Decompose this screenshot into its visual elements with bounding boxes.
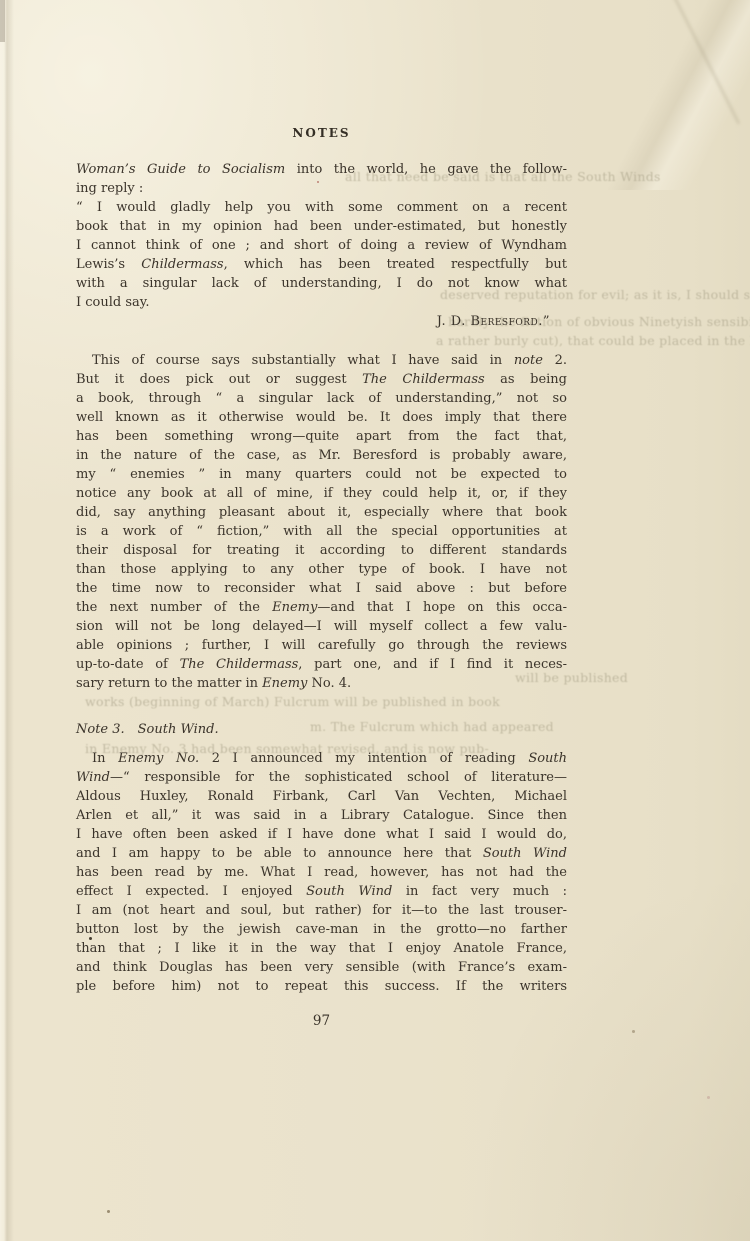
text-line: I have often been asked if I have done w… bbox=[76, 825, 567, 844]
text-line: effect I expected. I enjoyed South Wind … bbox=[76, 882, 567, 901]
text-segment: book that in my opinion had been under-e… bbox=[76, 219, 567, 234]
text-segment: into the world, he gave the follow- bbox=[285, 162, 567, 177]
ink-speck bbox=[89, 937, 92, 940]
text-segment: I am (not heart and soul, but rather) fo… bbox=[76, 903, 567, 918]
ink-speck bbox=[107, 1210, 110, 1213]
text-line: and I am happy to be able to announce he… bbox=[76, 844, 567, 863]
text-segment: ple before him) not to repeat this succe… bbox=[76, 979, 567, 994]
book-page: NOTES all that need be said is that all … bbox=[0, 0, 750, 1241]
text-line: Lewis’s Childermass, which has been trea… bbox=[76, 255, 567, 274]
text-line: Aldous Huxley, Ronald Firbank, Carl Van … bbox=[76, 787, 567, 806]
text-segment: Enemy bbox=[262, 676, 307, 691]
text-line: with a singular lack of understanding, I… bbox=[76, 274, 567, 293]
text-segment: South Wind bbox=[306, 884, 392, 899]
text-segment: , which has been treated respectfully bu… bbox=[224, 257, 567, 272]
text-segment: 2. bbox=[543, 353, 567, 368]
text-segment: the time now to reconsider what I said a… bbox=[76, 581, 567, 596]
text-segment: notice any book at all of mine, if they … bbox=[76, 486, 567, 501]
text-line: ple before him) not to repeat this succe… bbox=[76, 977, 567, 996]
text-line: I could say. bbox=[76, 293, 567, 312]
text-line: has been something wrong—quite apart fro… bbox=[76, 427, 567, 446]
text-line: I am (not heart and soul, but rather) fo… bbox=[76, 901, 567, 920]
text-segment: 2 I announced my intention of reading bbox=[199, 751, 528, 766]
text-line: book that in my opinion had been under-e… bbox=[76, 217, 567, 236]
text-line: Wind—“ responsible for the sophisticated… bbox=[76, 768, 567, 787]
text-segment: South Wind. bbox=[138, 722, 219, 737]
text-segment: No. 4. bbox=[307, 676, 351, 691]
text-line: has been read by me. What I read, howeve… bbox=[76, 863, 567, 882]
text-line: Note 3. South Wind. bbox=[76, 720, 567, 739]
note-3-heading: Note 3. South Wind. bbox=[76, 720, 567, 739]
text-line: Woman’s Guide to Socialism into the worl… bbox=[76, 160, 567, 179]
text-line: button lost by the jewish cave-man in th… bbox=[76, 920, 567, 939]
text-segment: did, say anything pleasant about it, esp… bbox=[76, 505, 567, 520]
text-line: ing reply : bbox=[76, 179, 567, 198]
text-segment: J. D. Beresford.” bbox=[437, 314, 550, 329]
text-segment: and think Douglas has been very sensible… bbox=[76, 960, 567, 975]
text-segment: well known as it otherwise would be. It … bbox=[76, 410, 567, 425]
text-segment: in fact very much : bbox=[392, 884, 567, 899]
text-segment: sion will not be long delayed—I will mys… bbox=[76, 619, 567, 634]
text-segment: Enemy bbox=[272, 600, 317, 615]
text-line: the next number of the Enemy—and that I … bbox=[76, 598, 567, 617]
text-segment: has been read by me. What I read, howeve… bbox=[76, 865, 567, 880]
text-line: sary return to the matter in Enemy No. 4… bbox=[76, 674, 567, 693]
text-line: than those applying to any other type of… bbox=[76, 560, 567, 579]
text-column: Woman’s Guide to Socialism into the worl… bbox=[0, 0, 750, 1241]
text-segment: sary return to the matter in bbox=[76, 676, 262, 691]
text-segment: —and that I hope on this occa- bbox=[317, 600, 567, 615]
text-segment: , part one, and if I find it neces- bbox=[298, 657, 567, 672]
text-line: J. D. Beresford.” bbox=[76, 312, 567, 331]
paragraph-this-of-course: This of course says substantially what I… bbox=[76, 351, 567, 693]
text-segment: “ I would gladly help you with some comm… bbox=[76, 200, 567, 215]
text-segment: my “ enemies ” in many quarters could no… bbox=[76, 467, 567, 482]
text-segment: Woman’s Guide to Socialism bbox=[76, 162, 285, 177]
text-segment: In bbox=[92, 751, 118, 766]
text-segment: is a work of “ fiction,” with all the sp… bbox=[76, 524, 567, 539]
text-segment bbox=[125, 722, 138, 737]
text-line: up-to-date of The Childermass, part one,… bbox=[76, 655, 567, 674]
ink-speck bbox=[707, 1096, 710, 1099]
text-segment: up-to-date of bbox=[76, 657, 180, 672]
text-segment: South bbox=[528, 751, 567, 766]
text-segment: with a singular lack of understanding, I… bbox=[76, 276, 567, 291]
text-line: Arlen et all,” it was said in a Library … bbox=[76, 806, 567, 825]
text-segment: The Childermass bbox=[362, 372, 485, 387]
text-line: well known as it otherwise would be. It … bbox=[76, 408, 567, 427]
text-segment: than those applying to any other type of… bbox=[76, 562, 567, 577]
ink-speck bbox=[317, 181, 319, 183]
text-segment: But it does pick out or suggest bbox=[76, 372, 362, 387]
text-segment: has been something wrong—quite apart fro… bbox=[76, 429, 567, 444]
text-segment: the next number of the bbox=[76, 600, 272, 615]
text-line: their disposal for treating it according… bbox=[76, 541, 567, 560]
text-line: is a work of “ fiction,” with all the sp… bbox=[76, 522, 567, 541]
paragraph-south-wind: In Enemy No. 2 I announced my intention … bbox=[76, 749, 567, 996]
text-line: In Enemy No. 2 I announced my intention … bbox=[76, 749, 567, 768]
text-segment: I cannot think of one ; and short of doi… bbox=[76, 238, 567, 253]
text-line: able opinions ; further, I will carefull… bbox=[76, 636, 567, 655]
ink-speck bbox=[632, 1030, 635, 1033]
text-segment: Childermass bbox=[141, 257, 223, 272]
text-segment: I have often been asked if I have done w… bbox=[76, 827, 567, 842]
text-segment: The Childermass bbox=[180, 657, 299, 672]
paragraph-continuation: Woman’s Guide to Socialism into the worl… bbox=[76, 160, 567, 331]
text-line: “ I would gladly help you with some comm… bbox=[76, 198, 567, 217]
text-segment: button lost by the jewish cave-man in th… bbox=[76, 922, 567, 937]
text-segment: Aldous Huxley, Ronald Firbank, Carl Van … bbox=[76, 789, 567, 804]
text-line: sion will not be long delayed—I will mys… bbox=[76, 617, 567, 636]
text-line: I cannot think of one ; and short of doi… bbox=[76, 236, 567, 255]
text-line: But it does pick out or suggest The Chil… bbox=[76, 370, 567, 389]
text-segment: Lewis’s bbox=[76, 257, 141, 272]
text-segment: ing reply : bbox=[76, 181, 143, 196]
text-segment: in the nature of the case, as Mr. Beresf… bbox=[76, 448, 567, 463]
text-segment: a book, through “ a singular lack of und… bbox=[76, 391, 567, 406]
text-line: my “ enemies ” in many quarters could no… bbox=[76, 465, 567, 484]
text-segment: Wind bbox=[76, 770, 110, 785]
text-segment: than that ; I like it in the way that I … bbox=[76, 941, 567, 956]
page-number: 97 bbox=[76, 1012, 567, 1031]
text-segment: effect I expected. I enjoyed bbox=[76, 884, 306, 899]
text-segment: note bbox=[514, 353, 543, 368]
text-segment: as being bbox=[485, 372, 567, 387]
text-segment: I could say. bbox=[76, 295, 150, 310]
text-line: a book, through “ a singular lack of und… bbox=[76, 389, 567, 408]
text-segment: their disposal for treating it according… bbox=[76, 543, 567, 558]
text-line: did, say anything pleasant about it, esp… bbox=[76, 503, 567, 522]
text-segment: This of course says substantially what I… bbox=[92, 353, 514, 368]
text-segment: Enemy No. bbox=[118, 751, 199, 766]
text-segment: Arlen et all,” it was said in a Library … bbox=[76, 808, 567, 823]
text-line: and think Douglas has been very sensible… bbox=[76, 958, 567, 977]
text-segment: and I am happy to be able to announce he… bbox=[76, 846, 483, 861]
text-line: the time now to reconsider what I said a… bbox=[76, 579, 567, 598]
text-segment: South Wind bbox=[483, 846, 567, 861]
text-segment: —“ responsible for the sophisticated sch… bbox=[110, 770, 567, 785]
text-segment: able opinions ; further, I will carefull… bbox=[76, 638, 567, 653]
text-segment: Note 3. bbox=[76, 722, 125, 737]
text-line: This of course says substantially what I… bbox=[76, 351, 567, 370]
text-line: than that ; I like it in the way that I … bbox=[76, 939, 567, 958]
text-line: notice any book at all of mine, if they … bbox=[76, 484, 567, 503]
text-line: in the nature of the case, as Mr. Beresf… bbox=[76, 446, 567, 465]
